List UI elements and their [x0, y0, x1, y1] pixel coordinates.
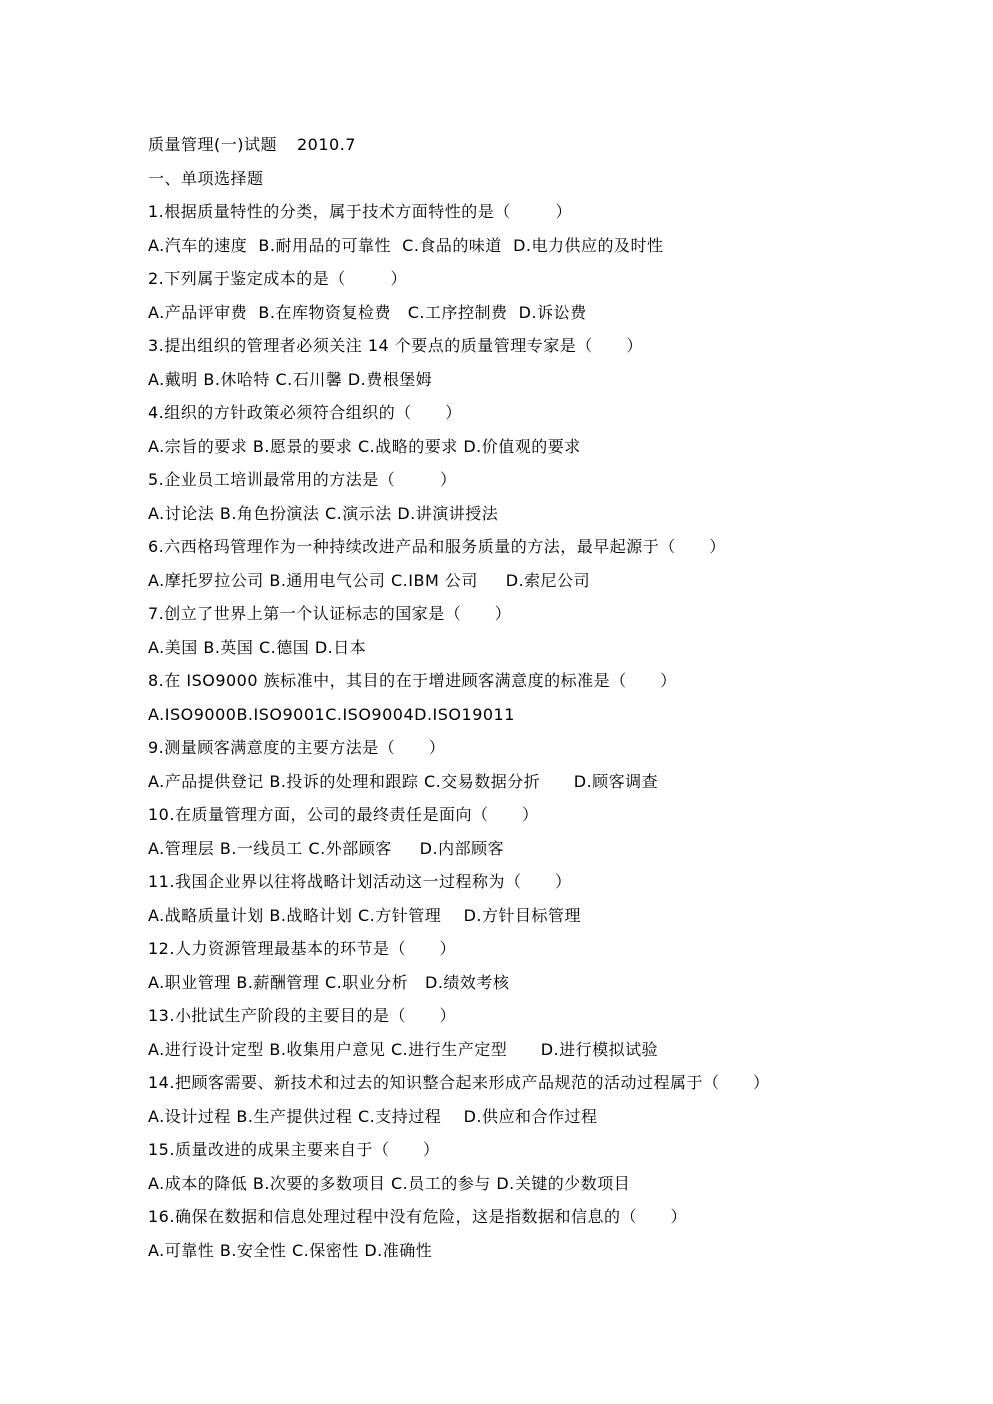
exam-page: 质量管理(一)试题2010.7 一、单项选择题 1.根据质量特性的分类，属于技术… [0, 0, 993, 1404]
question-options: A.讨论法 B.角色扮演法 C.演示法 D.讲演讲授法 [148, 497, 933, 531]
question-options: A.产品评审费 B.在库物资复检费 C.工序控制费 D.诉讼费 [148, 296, 933, 330]
question-text: 1.根据质量特性的分类，属于技术方面特性的是（ ） [148, 195, 933, 229]
question-text: 11.我国企业界以往将战略计划活动这一过程称为（ ） [148, 865, 933, 899]
document-title: 质量管理(一)试题 [148, 135, 277, 154]
question-options: A.宗旨的要求 B.愿景的要求 C.战略的要求 D.价值观的要求 [148, 430, 933, 464]
question-text: 6.六西格玛管理作为一种持续改进产品和服务质量的方法，最早起源于（ ） [148, 530, 933, 564]
question-text: 13.小批试生产阶段的主要目的是（ ） [148, 999, 933, 1033]
question-list: 1.根据质量特性的分类，属于技术方面特性的是（ ） A.汽车的速度 B.耐用品的… [148, 195, 933, 1267]
question-text: 10.在质量管理方面，公司的最终责任是面向（ ） [148, 798, 933, 832]
question-options: A.职业管理 B.薪酬管理 C.职业分析 D.绩效考核 [148, 966, 933, 1000]
question-options: A.ISO9000B.ISO9001C.ISO9004D.ISO19011 [148, 698, 933, 732]
question-options: A.可靠性 B.安全性 C.保密性 D.准确性 [148, 1234, 933, 1268]
question-text: 15.质量改进的成果主要来自于（ ） [148, 1133, 933, 1167]
question-text: 2.下列属于鉴定成本的是（ ） [148, 262, 933, 296]
question-options: A.成本的降低 B.次要的多数项目 C.员工的参与 D.关键的少数项目 [148, 1167, 933, 1201]
question-text: 7.创立了世界上第一个认证标志的国家是（ ） [148, 597, 933, 631]
question-options: A.美国 B.英国 C.德国 D.日本 [148, 631, 933, 665]
question-text: 3.提出组织的管理者必须关注 14 个要点的质量管理专家是（ ） [148, 329, 933, 363]
document-header: 质量管理(一)试题2010.7 [148, 128, 933, 162]
question-text: 9.测量顾客满意度的主要方法是（ ） [148, 731, 933, 765]
document-date: 2010.7 [297, 135, 356, 154]
question-options: A.设计过程 B.生产提供过程 C.支持过程 D.供应和合作过程 [148, 1100, 933, 1134]
question-options: A.进行设计定型 B.收集用户意见 C.进行生产定型 D.进行模拟试验 [148, 1033, 933, 1067]
question-text: 8.在 ISO9000 族标准中，其目的在于增进顾客满意度的标准是（ ） [148, 664, 933, 698]
question-options: A.管理层 B.一线员工 C.外部顾客 D.内部顾客 [148, 832, 933, 866]
question-text: 4.组织的方针政策必须符合组织的（ ） [148, 396, 933, 430]
question-options: A.汽车的速度 B.耐用品的可靠性 C.食品的味道 D.电力供应的及时性 [148, 229, 933, 263]
question-options: A.产品提供登记 B.投诉的处理和跟踪 C.交易数据分折 D.顾客调查 [148, 765, 933, 799]
section-heading: 一、单项选择题 [148, 162, 933, 196]
question-options: A.战略质量计划 B.战略计划 C.方针管理 D.方针目标管理 [148, 899, 933, 933]
question-text: 5.企业员工培训最常用的方法是（ ） [148, 463, 933, 497]
question-text: 16.确保在数据和信息处理过程中没有危险，这是指数据和信息的（ ） [148, 1200, 933, 1234]
question-options: A.摩托罗拉公司 B.通用电气公司 C.IBM 公司 D.索尼公司 [148, 564, 933, 598]
question-options: A.戴明 B.休哈特 C.石川馨 D.费根堡姆 [148, 363, 933, 397]
question-text: 14.把顾客需要、新技术和过去的知识整合起来形成产品规范的活动过程属于（ ） [148, 1066, 933, 1100]
question-text: 12.人力资源管理最基本的环节是（ ） [148, 932, 933, 966]
